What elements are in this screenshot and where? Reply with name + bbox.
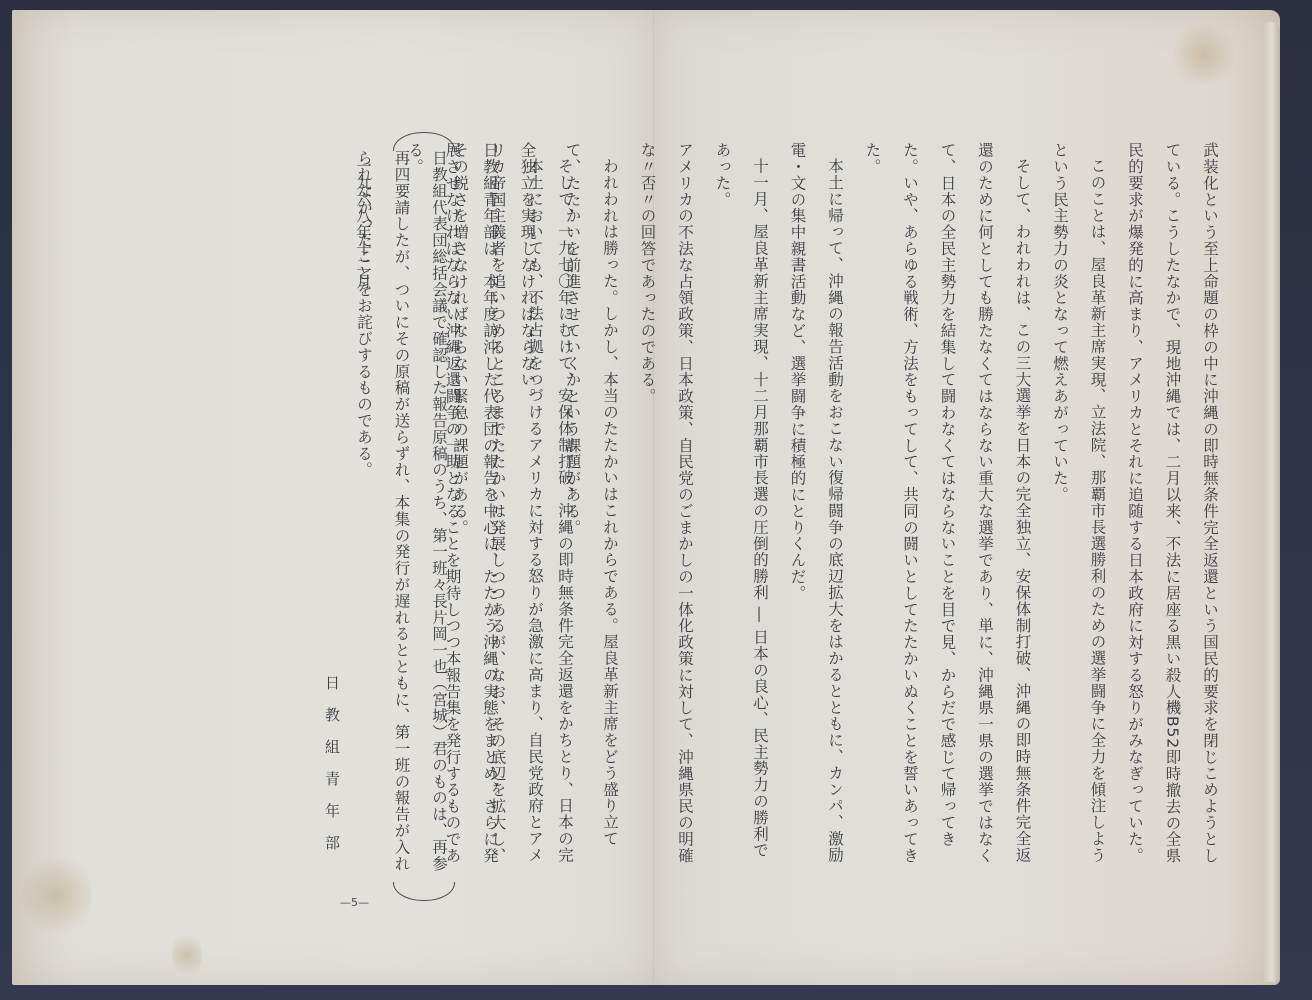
page-number: —5— (340, 896, 369, 909)
paper-stain (22, 850, 92, 940)
paragraph: このことは、屋良革新主席実現、立法院、那覇市長選勝利のための選挙闘争に全力を傾注… (1041, 142, 1116, 870)
paper-stain (172, 930, 202, 980)
scanned-document: そして、一九七〇年にむけて、安保体制打破、沖縄の即時無条件完全返還をかちとり、日… (0, 0, 1312, 1000)
paragraph: アメリカの不法な占領政策、日本政策、自民党のごまかしの一体化政策に対して、沖縄県… (628, 142, 703, 870)
right-page-body: 武装化という至上命題の枠の中に沖縄の即時無条件完全返還という国民的要求を閉じこめ… (668, 142, 1228, 870)
paragraph: 十一月、屋良革新主席実現、十二月那覇市長選の圧倒的勝利 ― 日本の良心、民主勢力… (703, 142, 778, 870)
page-4: 武装化という至上命題の枠の中に沖縄の即時無条件完全返還という国民的要求を閉じこめ… (653, 10, 1280, 985)
bracket-bottom (393, 882, 455, 901)
paragraph: 武装化という至上命題の枠の中に沖縄の即時無条件完全返還という国民的要求を閉じこめ… (1116, 142, 1229, 870)
paragraph: そして、われわれは、この三大選挙を日本の完全独立、安保体制打破、沖縄の即時無条件… (853, 142, 1041, 870)
paragraph: 本土に帰って、沖縄の報告活動をおこない復帰闘争の底辺拡大をはかるとともに、カンパ… (778, 142, 853, 870)
paragraph: 本土においても、不法占拠をつづけるアメリカに対する怒りが急激に高まり、自民党政府… (441, 142, 554, 870)
paper-stain (1174, 20, 1234, 90)
signature: 日教組青年部 (322, 675, 343, 867)
booklet-spread: そして、一九七〇年にむけて、安保体制打破、沖縄の即時無条件完全返還をかちとり、日… (12, 10, 1300, 985)
publication-date: 一九六八年十二月 (352, 158, 374, 290)
stacked-page-edges (1264, 22, 1280, 982)
paragraph: われわれは勝った。しかし、本当のたたかいはこれからである。屋良革新主席をどう盛り… (553, 142, 628, 870)
